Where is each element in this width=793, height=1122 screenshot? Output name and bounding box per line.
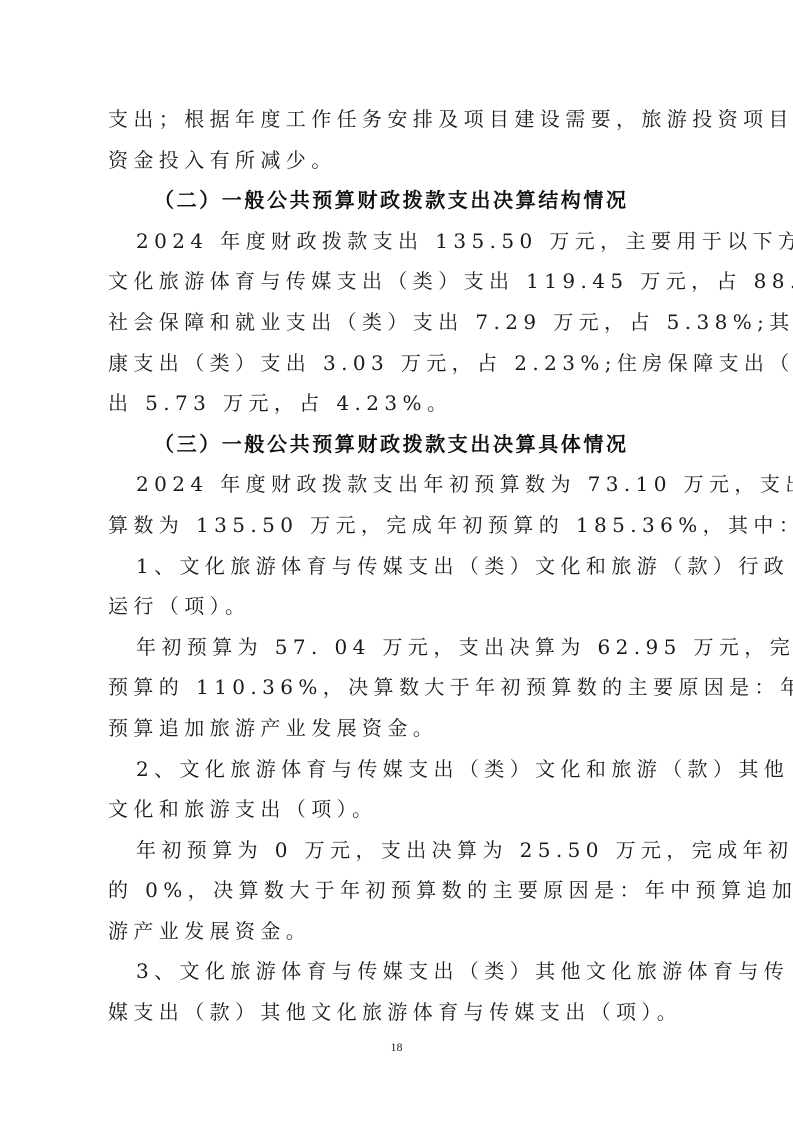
paragraph-line: 文化旅游体育与传媒支出（类）支出 119.45 万元，占 88.15%; — [108, 261, 686, 302]
paragraph-line: 出 5.73 万元，占 4.23%。 — [108, 383, 686, 424]
document-page-body: 支出；根据年度工作任务安排及项目建设需要，旅游投资项目 资金投入有所减少。 （二… — [108, 99, 686, 1033]
list-item-2-title: 2、文化旅游体育与传媒支出（类）文化和旅游（款）其他 — [108, 749, 686, 790]
section-heading-structure: （二）一般公共预算财政拨款支出决算结构情况 — [108, 180, 686, 221]
list-item-3-title: 媒支出（款）其他文化旅游体育与传媒支出（项）。 — [108, 992, 686, 1033]
paragraph-line: 康支出（类）支出 3.03 万元，占 2.23%;住房保障支出（类）支 — [108, 343, 686, 384]
section-heading-details: （三）一般公共预算财政拨款支出决算具体情况 — [108, 424, 686, 465]
paragraph-line: 预算的 110.36%，决算数大于年初预算数的主要原因是：年中 — [108, 667, 686, 708]
paragraph-line: 年初预算为 0 万元，支出决算为 25.50 万元，完成年初预算 — [108, 830, 686, 871]
paragraph-line: 年初预算为 57. 04 万元，支出决算为 62.95 万元，完成年初 — [108, 627, 686, 668]
list-item-2-title: 文化和旅游支出（项）。 — [108, 789, 686, 830]
paragraph-line: 预算追加旅游产业发展资金。 — [108, 708, 686, 749]
paragraph-line: 游产业发展资金。 — [108, 911, 686, 952]
page-number: 18 — [0, 1040, 793, 1055]
list-item-1-title: 运行（项）。 — [108, 586, 686, 627]
list-item-1-title: 1、文化旅游体育与传媒支出（类）文化和旅游（款）行政 — [108, 546, 686, 587]
paragraph-line: 的 0%，决算数大于年初预算数的主要原因是：年中预算追加旅 — [108, 870, 686, 911]
paragraph-line: 算数为 135.50 万元，完成年初预算的 185.36%，其中： — [108, 505, 686, 546]
list-item-3-title: 3、文化旅游体育与传媒支出（类）其他文化旅游体育与传 — [108, 951, 686, 992]
paragraph-line: 社会保障和就业支出（类）支出 7.29 万元，占 5.38%;其卫生健 — [108, 302, 686, 343]
paragraph-line: 资金投入有所减少。 — [108, 140, 686, 181]
paragraph-line: 2024 年度财政拨款支出 135.50 万元，主要用于以下方面： — [108, 221, 686, 262]
paragraph-line: 2024 年度财政拨款支出年初预算数为 73.10 万元，支出决 — [108, 464, 686, 505]
paragraph-line: 支出；根据年度工作任务安排及项目建设需要，旅游投资项目 — [108, 99, 686, 140]
